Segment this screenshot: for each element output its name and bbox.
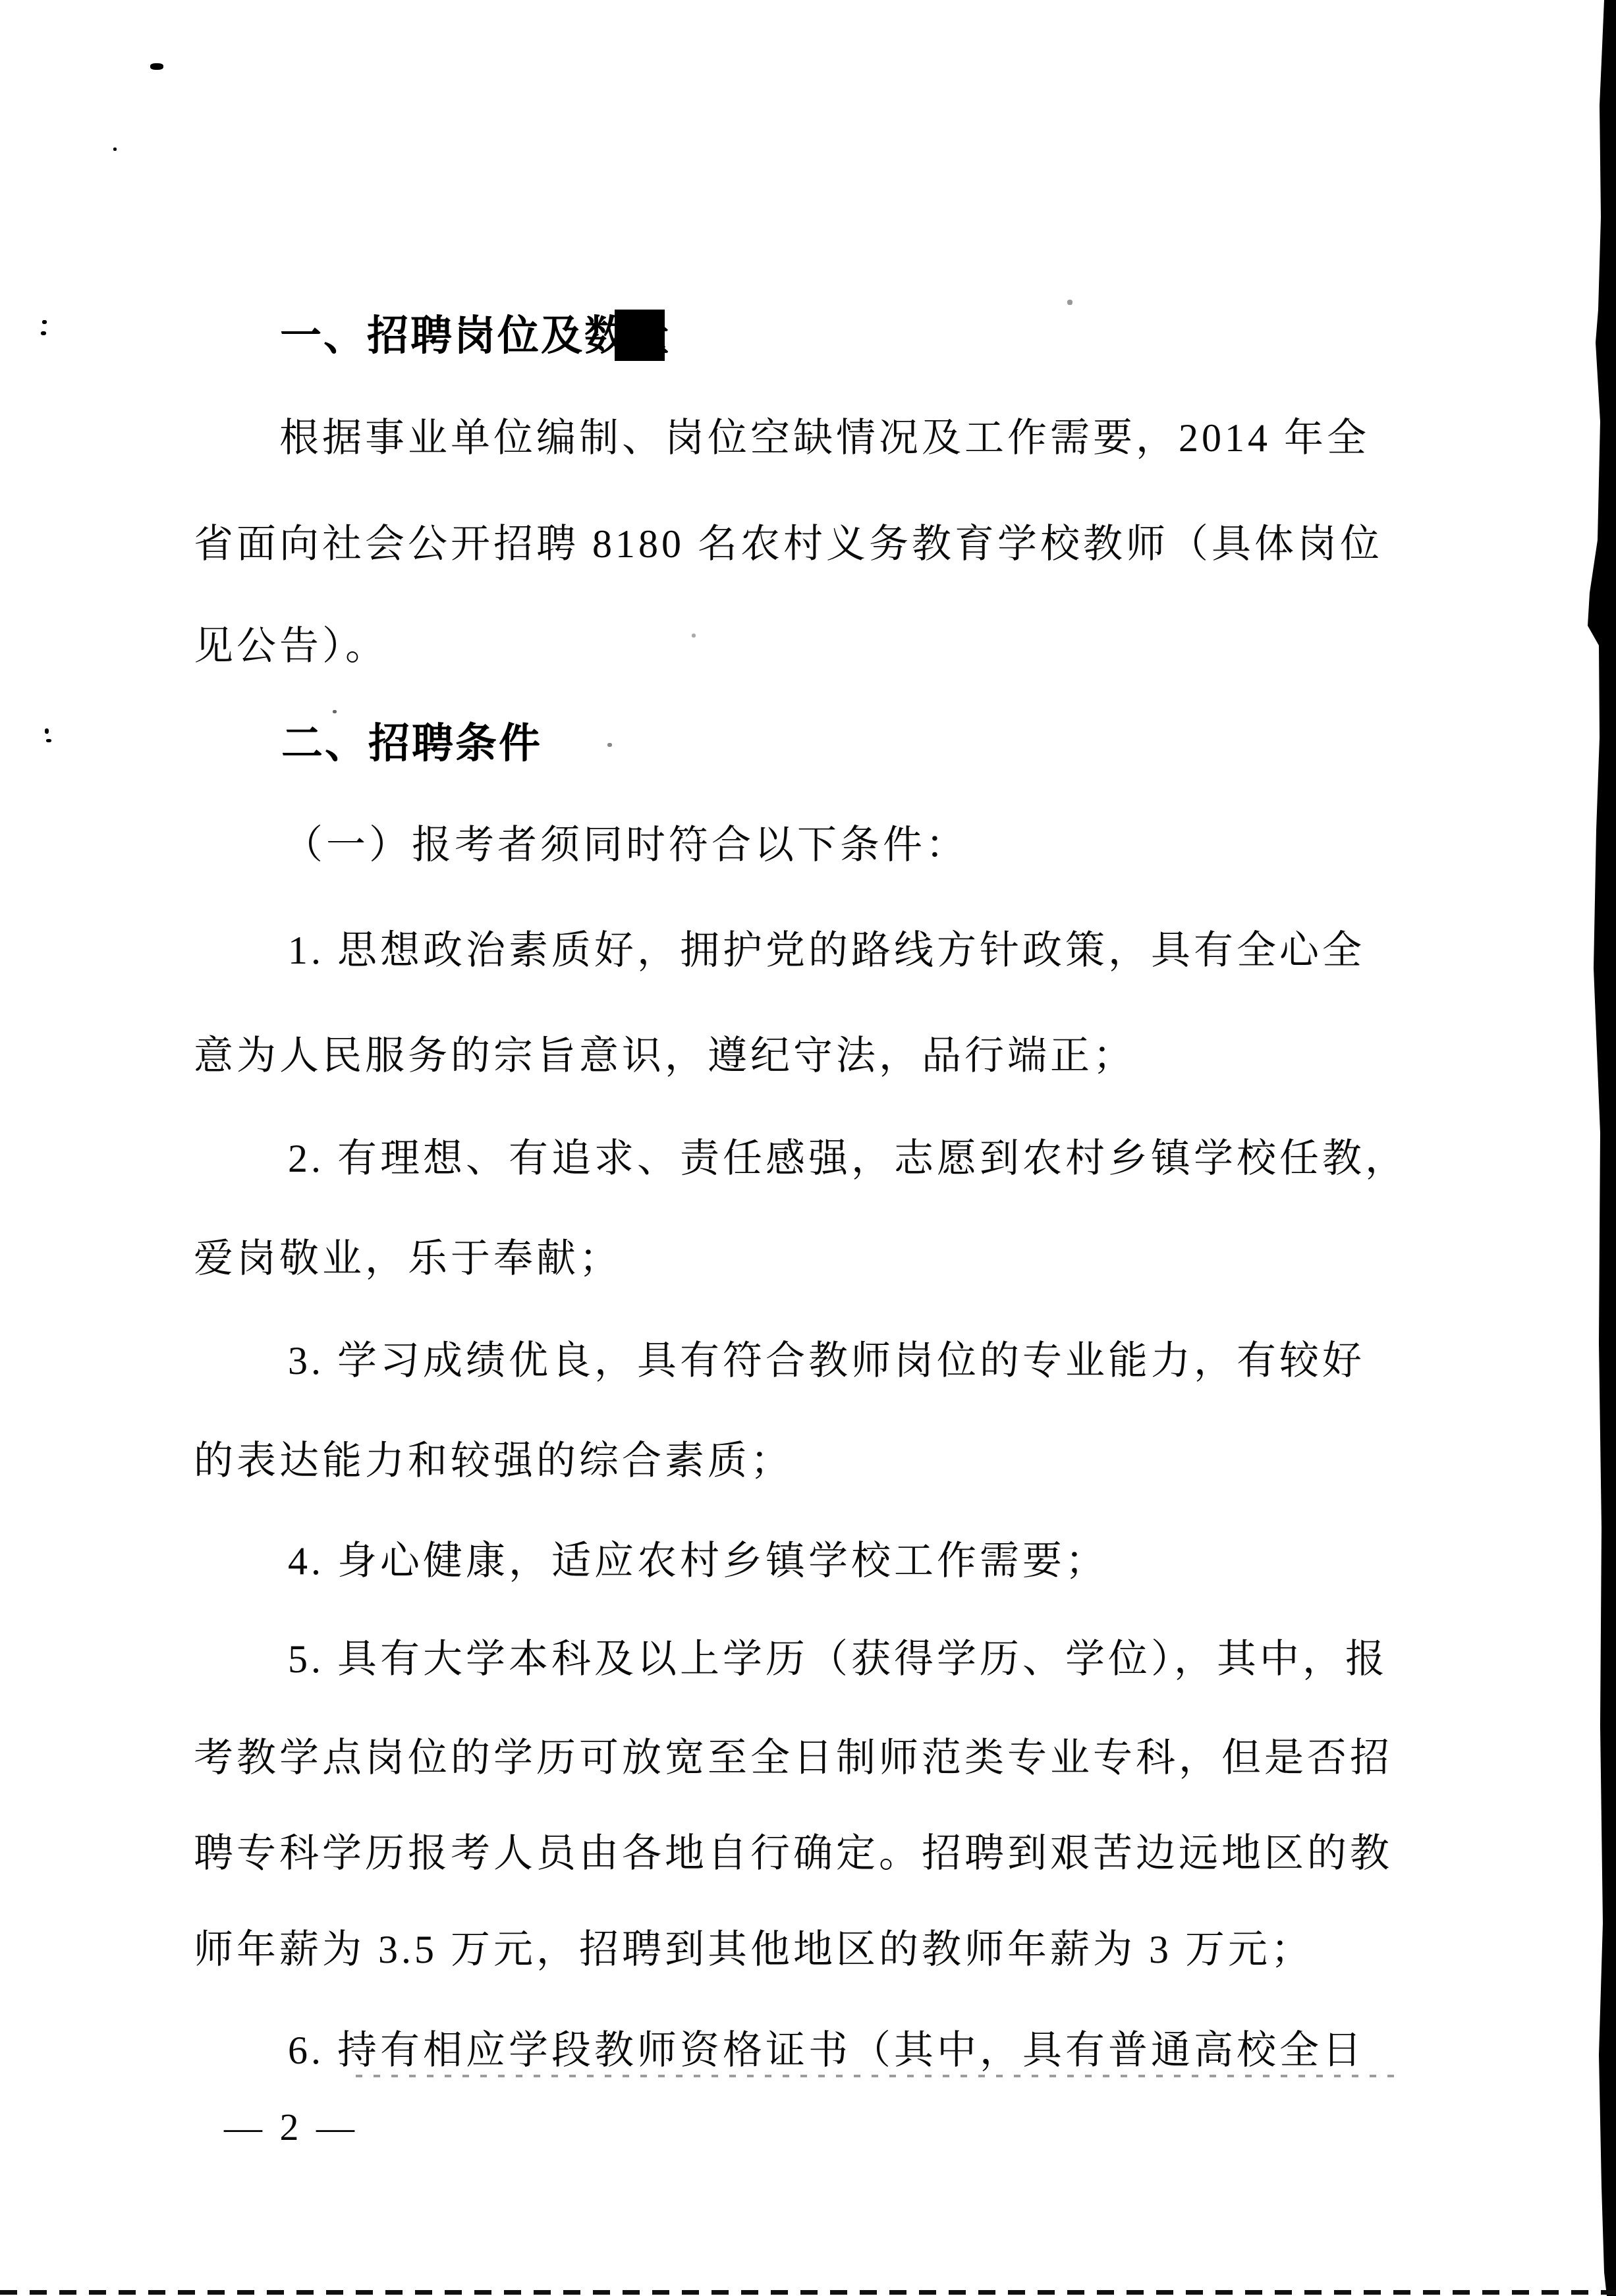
ink-blotch-artifact bbox=[615, 310, 665, 361]
document-line: 5. 具有大学本科及以上学历（获得学历、学位），其中，报 bbox=[288, 1637, 1388, 1681]
scan-artifact-dotted-line bbox=[356, 2075, 1397, 2077]
document-line: （一）报考者须同时符合以下条件： bbox=[283, 823, 968, 867]
document-line: 6. 持有相应学段教师资格证书（其中，具有普通高校全日 bbox=[288, 2029, 1365, 2072]
document-line: 聘专科学历报考人员由各地自行确定。招聘到艰苦边远地区的教 bbox=[194, 1832, 1393, 1875]
document-line: 4. 身心健康，适应农村乡镇学校工作需要； bbox=[288, 1539, 1108, 1583]
scan-speck bbox=[333, 710, 337, 713]
scan-speck bbox=[42, 320, 47, 324]
scan-artifact-bottom-edge bbox=[0, 2290, 1616, 2295]
section-2-heading: 二、招聘条件 bbox=[281, 721, 542, 767]
document-line: 省面向社会公开招聘 8180 名农村义务教育学校教师（具体岗位 bbox=[194, 522, 1383, 566]
scan-artifact-right-edge bbox=[1584, 0, 1616, 2296]
scan-speck bbox=[607, 743, 612, 747]
scan-speck bbox=[150, 63, 163, 70]
document-line: 的表达能力和较强的综合素质； bbox=[194, 1439, 793, 1483]
scan-speck bbox=[45, 728, 49, 734]
document-line: 意为人民服务的宗旨意识，遵纪守法，品行端正； bbox=[194, 1034, 1136, 1078]
page-number: — 2 — bbox=[224, 2105, 358, 2149]
scan-speck bbox=[1067, 300, 1073, 305]
scanned-document-page: 一、招聘岗位及数量 根据事业单位编制、岗位空缺情况及工作需要，2014 年全 省… bbox=[0, 0, 1616, 2296]
scan-speck bbox=[41, 331, 46, 335]
document-line: 爱岗敬业，乐于奉献； bbox=[194, 1237, 622, 1280]
document-line: 见公告）。 bbox=[194, 624, 388, 668]
document-line: 根据事业单位编制、岗位空缺情况及工作需要，2014 年全 bbox=[279, 416, 1370, 460]
document-line: 1. 思想政治素质好，拥护党的路线方针政策，具有全心全 bbox=[288, 929, 1365, 972]
scan-speck bbox=[692, 634, 696, 638]
document-line: 2. 有理想、有追求、责任感强，志愿到农村乡镇学校任教， bbox=[288, 1137, 1408, 1180]
scan-speck bbox=[113, 148, 117, 151]
scan-speck bbox=[46, 739, 51, 742]
document-line: 3. 学习成绩优良，具有符合教师岗位的专业能力，有较好 bbox=[288, 1339, 1365, 1382]
document-line: 师年薪为 3.5 万元，招聘到其他地区的教师年薪为 3 万元； bbox=[194, 1928, 1314, 1971]
section-1-heading: 一、招聘岗位及数量 bbox=[280, 314, 671, 359]
document-line: 考教学点岗位的学历可放宽至全日制师范类专业专科，但是否招 bbox=[194, 1736, 1393, 1780]
